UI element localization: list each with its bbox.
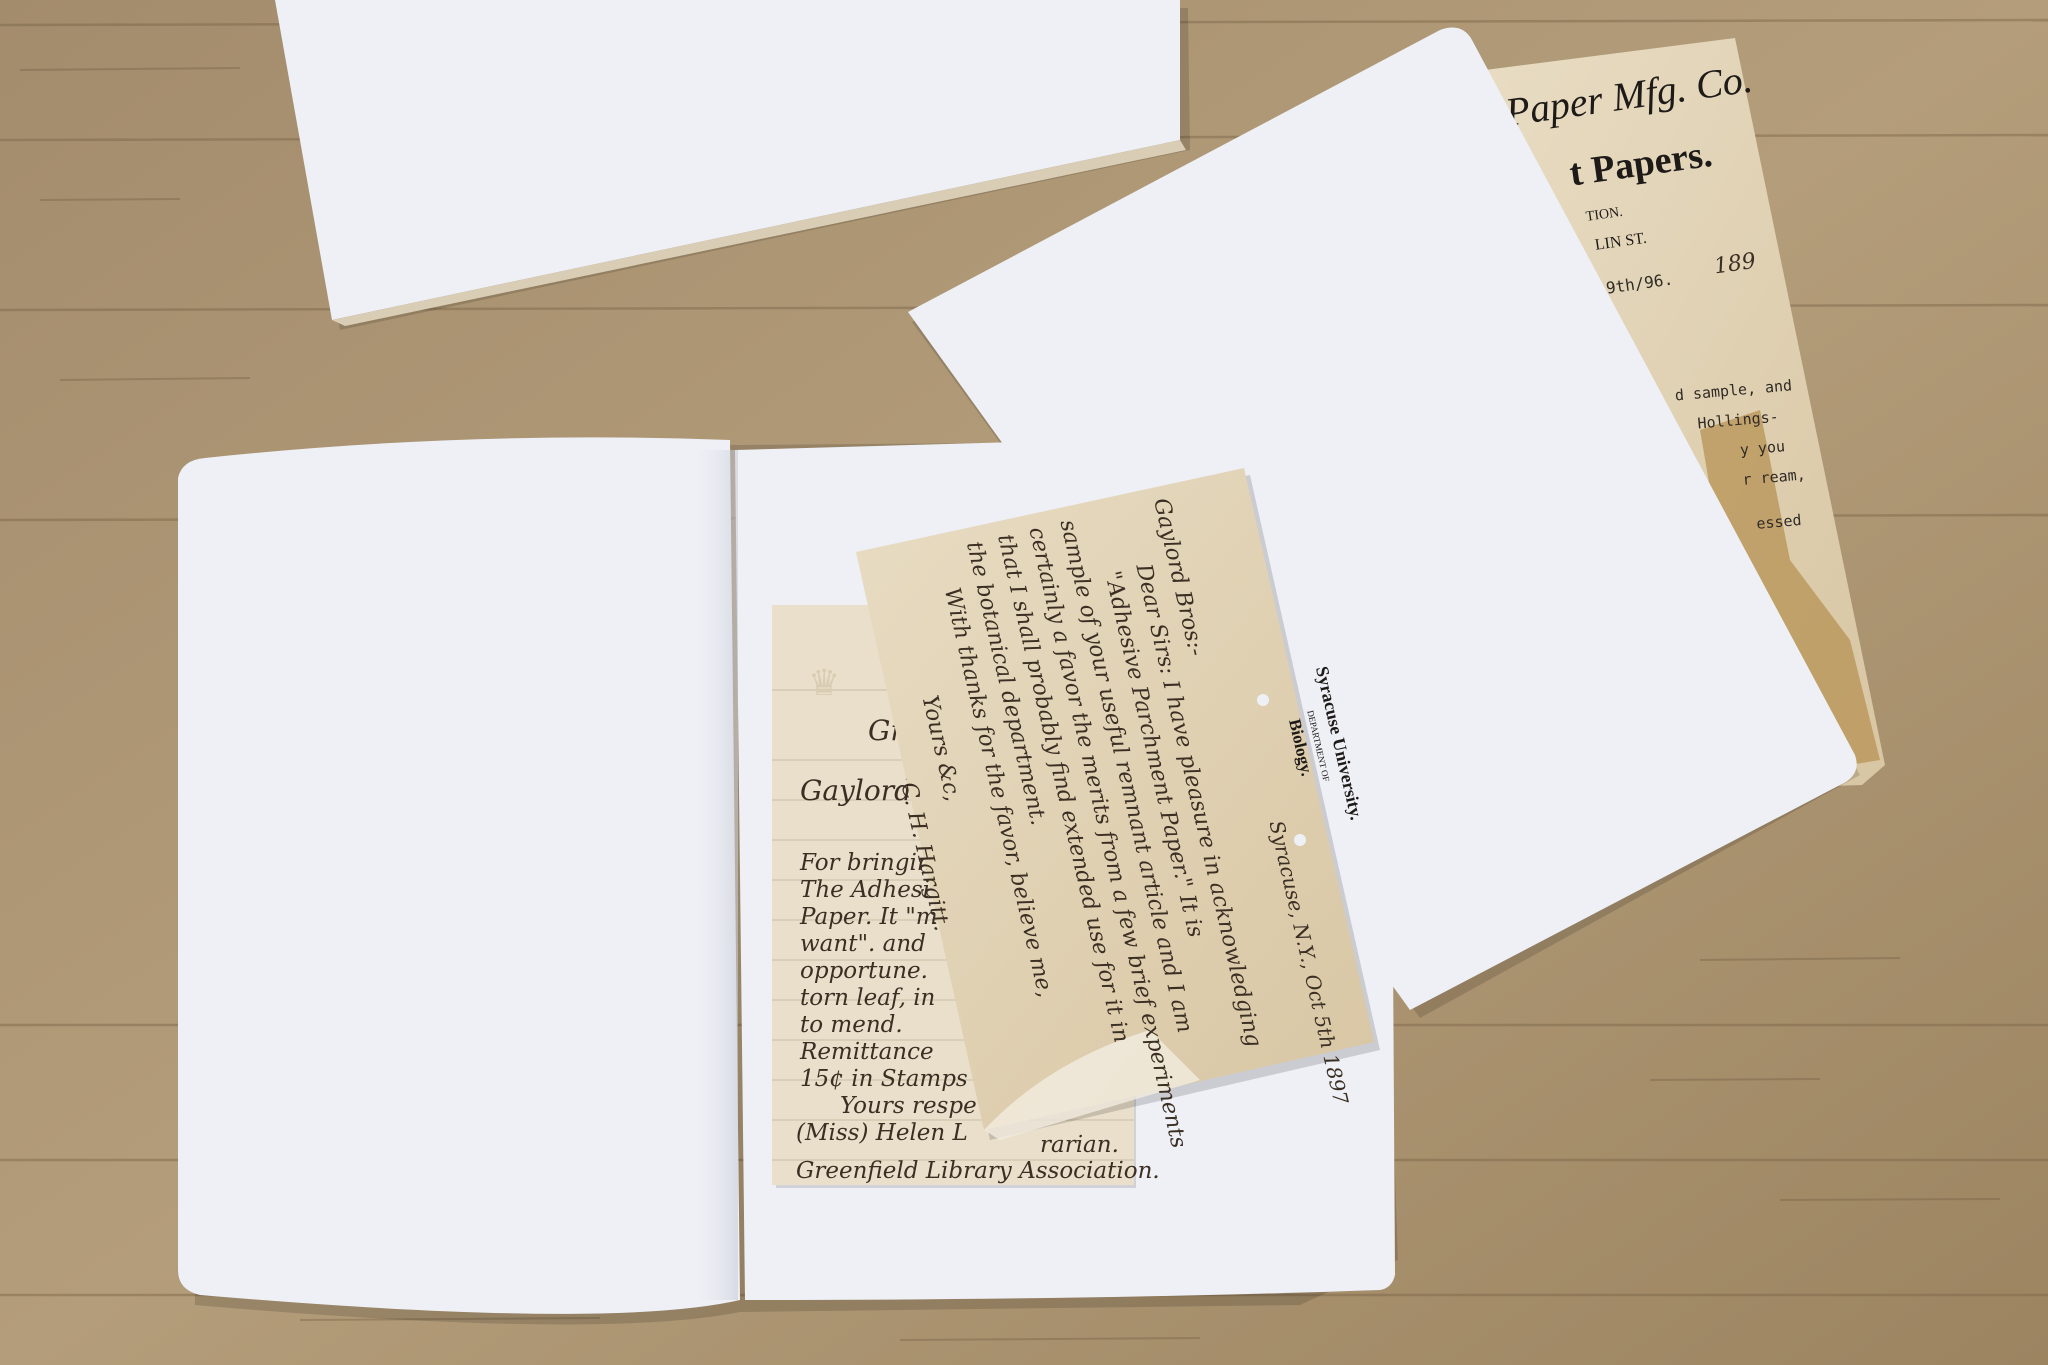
greenfield-line: torn leaf, in <box>800 985 935 1011</box>
greenfield-line: Yours respe <box>840 1093 977 1119</box>
greenfield-line: opportune. <box>800 958 928 984</box>
greenfield-line: Remittance <box>799 1039 934 1065</box>
greenfield-line: (Miss) Helen L <box>796 1120 968 1146</box>
greenfield-line: 15¢ in Stamps <box>800 1066 968 1092</box>
crown-emboss-icon: ♛ <box>808 663 840 704</box>
greenfield-line: want". and <box>800 931 926 957</box>
booklet-left-page <box>178 437 740 1313</box>
greenfield-line: rarian. <box>1040 1132 1119 1158</box>
booklet-spine-shadow <box>690 450 738 1300</box>
greenfield-line: Paper. It "m <box>799 904 938 930</box>
greenfield-signature-org: Greenfield Library Association. <box>796 1158 1160 1184</box>
punch-hole <box>1294 834 1306 846</box>
greenfield-line: to mend. <box>800 1012 903 1038</box>
photo-scene: Paper Mfg. Co. t Papers. TION. LIN ST. 9… <box>0 0 2048 1365</box>
punch-hole <box>1257 694 1269 706</box>
